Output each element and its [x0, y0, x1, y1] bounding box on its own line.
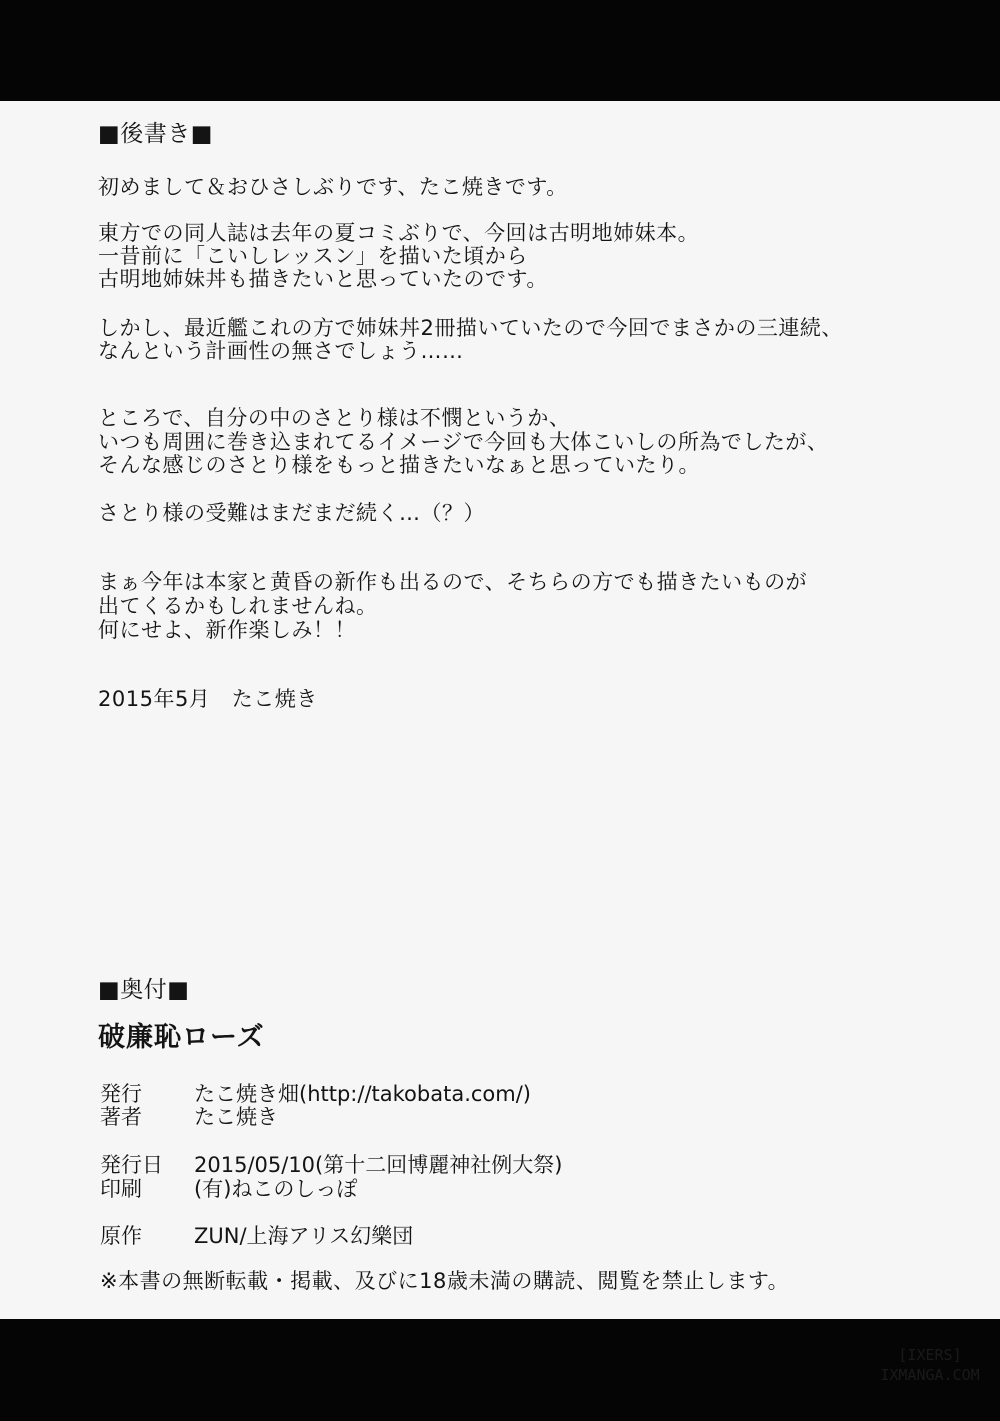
book-title: 破廉恥ローズ: [98, 1026, 265, 1050]
row-label: 原作: [100, 1224, 194, 1248]
paragraph-line: そんな感じのさとり様をもっと描きたいなぁと思っていたり。: [98, 453, 700, 477]
row-value: たこ焼き畑(http://takobata.com/): [194, 1082, 531, 1106]
row-label: 発行日: [100, 1153, 194, 1177]
row-label: 著者: [100, 1105, 194, 1129]
copyright-notice: ※本書の無断転載・掲載、及びに18歳未満の購読、閲覧を禁止します。: [100, 1269, 789, 1293]
colophon-row-original: 原作ZUN/上海アリス幻樂団: [100, 1224, 413, 1248]
paragraph-line: ところで、自分の中のさとり様は不憫というか、: [98, 406, 570, 430]
colophon-row-date: 発行日2015/05/10(第十二回博麗神社例大祭): [100, 1153, 562, 1177]
colophon-row-printer: 印刷(有)ねこのしっぽ: [100, 1177, 357, 1201]
afterword-page: ■後書き■ 初めまして＆おひさしぶりです、たこ焼きです。 東方での同人誌は去年の…: [0, 101, 1000, 1319]
signature: 2015年5月 たこ焼き: [98, 687, 318, 711]
afterword-heading: ■後書き■: [98, 122, 213, 146]
bottom-black-border: [0, 1319, 1000, 1421]
paragraph-line: さとり様の受難はまだまだ続く…（？）: [98, 501, 485, 525]
row-label: 発行: [100, 1082, 194, 1106]
paragraph-line: 東方での同人誌は去年の夏コミぶりで、今回は古明地姉妹本。: [98, 221, 699, 245]
row-value: 2015/05/10(第十二回博麗神社例大祭): [194, 1153, 562, 1177]
colophon-row-author: 著者たこ焼き: [100, 1105, 278, 1129]
paragraph-line: 初めまして＆おひさしぶりです、たこ焼きです。: [98, 175, 568, 199]
paragraph-line: 何にせよ、新作楽しみ！！: [98, 618, 356, 642]
paragraph-line: いつも周囲に巻き込まれてるイメージで今回も大体こいしの所為でしたが、: [98, 430, 828, 454]
colophon-row-publisher: 発行たこ焼き畑(http://takobata.com/): [100, 1082, 531, 1106]
paragraph-line: 古明地姉妹丼も描きたいと思っていたのです。: [98, 267, 548, 291]
paragraph-line: 一昔前に「こいしレッスン」を描いた頃から: [98, 244, 528, 268]
watermark-line: IXMANGA.COM: [860, 1365, 1000, 1385]
paragraph-line: まぁ今年は本家と黄昏の新作も出るので、そちらの方でも描きたいものが: [98, 570, 807, 594]
row-value: ZUN/上海アリス幻樂団: [194, 1224, 413, 1248]
paragraph-line: なんという計画性の無さでしょう……: [98, 339, 464, 363]
watermark-line: [IXERS]: [860, 1345, 1000, 1365]
paragraph-line: 出てくるかもしれませんね。: [98, 594, 378, 618]
paragraph-line: しかし、最近艦これの方で姉妹丼2冊描いていたので今回でまさかの三連続、: [98, 316, 843, 340]
row-value: (有)ねこのしっぽ: [194, 1177, 357, 1201]
top-black-border: [0, 0, 1000, 101]
colophon-heading: ■奥付■: [98, 978, 189, 1002]
watermark: [IXERS] IXMANGA.COM: [860, 1345, 1000, 1385]
row-label: 印刷: [100, 1177, 194, 1201]
row-value: たこ焼き: [194, 1105, 278, 1129]
